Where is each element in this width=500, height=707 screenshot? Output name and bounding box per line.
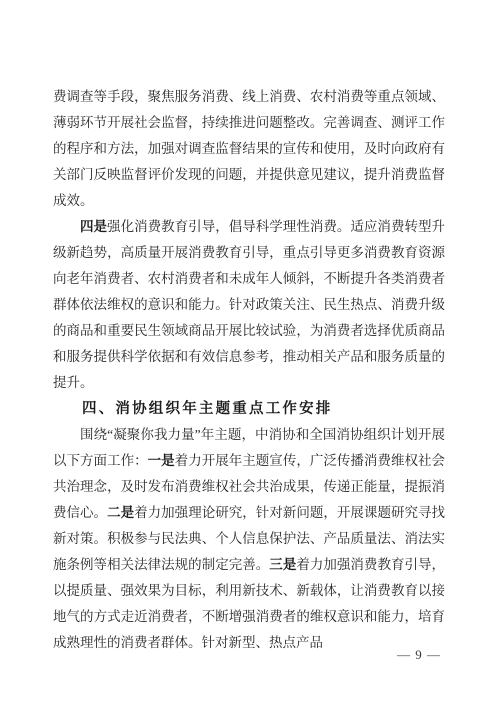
emphasis-text-segment: 三是 bbox=[269, 557, 296, 572]
section-heading: 四、消协组织年主题重点工作安排 bbox=[53, 396, 445, 422]
emphasis-text-segment: 二是 bbox=[107, 505, 134, 520]
emphasis-text-segment: 四、消协组织年主题重点工作安排 bbox=[82, 401, 333, 417]
body-paragraph: 费调查等手段，聚焦服务消费、线上消费、农村消费等重点领域、薄弱环节开展社会监督，… bbox=[53, 84, 445, 214]
document-page: 费调查等手段，聚焦服务消费、线上消费、农村消费等重点领域、薄弱环节开展社会监督，… bbox=[0, 0, 500, 707]
document-body: 费调查等手段，聚焦服务消费、线上消费、农村消费等重点领域、薄弱环节开展社会监督，… bbox=[53, 84, 445, 656]
emphasis-text-segment: 一是 bbox=[148, 453, 175, 468]
emphasis-text-segment: 四是 bbox=[80, 219, 107, 234]
body-paragraph: 四是强化消费教育引导，倡导科学理性消费。适应消费转型升级新趋势，高质量开展消费教… bbox=[53, 214, 445, 396]
text-segment: 强化消费教育引导，倡导科学理性消费。适应消费转型升级新趋势，高质量开展消费教育引… bbox=[53, 219, 445, 390]
body-paragraph: 围绕“凝聚你我力量”年主题，中消协和全国消协组织计划开展以下方面工作：一是着力开… bbox=[53, 422, 445, 656]
text-segment: 费调查等手段，聚焦服务消费、线上消费、农村消费等重点领域、薄弱环节开展社会监督，… bbox=[53, 89, 445, 208]
page-number: — 9 — bbox=[397, 645, 441, 665]
